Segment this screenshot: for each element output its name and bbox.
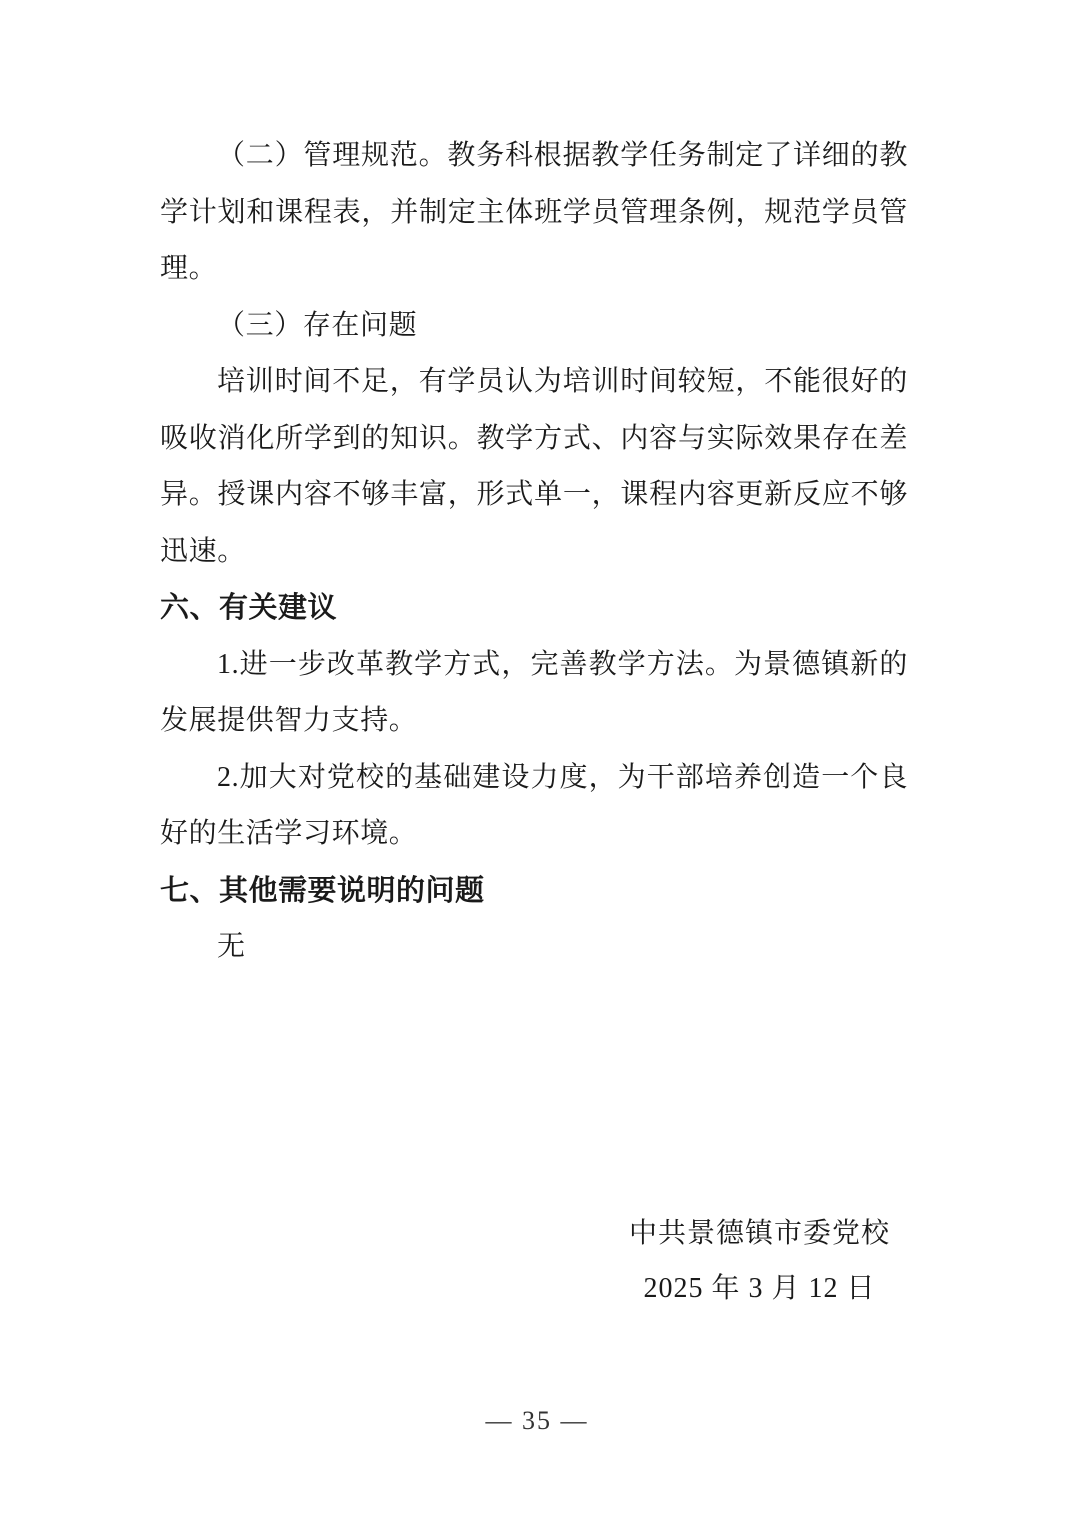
paragraph-line: 培训时间不足，有学员认为培训时间较短，不能很好的 [160,354,908,411]
paragraph-line: 无 [160,919,908,976]
document-page: （二）管理规范。教务科根据教学任务制定了详细的教学计划和课程表，并制定主体班学员… [0,0,1074,1520]
paragraph-line: 理。 [160,241,908,298]
paragraph-line: （三）存在问题 [160,298,908,355]
paragraph-line: 发展提供智力支持。 [160,693,908,750]
page-number: — 35 — [0,1406,1074,1436]
paragraph-line: 1.进一步改革教学方式，完善教学方法。为景德镇新的 [160,637,908,694]
section-heading: 七、其他需要说明的问题 [160,863,908,920]
paragraph-line: 异。授课内容不够丰富，形式单一，课程内容更新反应不够 [160,467,908,524]
signature-date: 2025 年 3 月 12 日 [552,1261,967,1316]
signature-block: 中共景德镇市委党校 2025 年 3 月 12 日 [552,1206,967,1316]
paragraph-line: 学计划和课程表，并制定主体班学员管理条例，规范学员管 [160,185,908,242]
paragraph-line: 好的生活学习环境。 [160,806,908,863]
signature-org: 中共景德镇市委党校 [552,1206,967,1261]
paragraph-line: 2.加大对党校的基础建设力度，为干部培养创造一个良 [160,750,908,807]
section-heading: 六、有关建议 [160,580,908,637]
paragraph-line: （二）管理规范。教务科根据教学任务制定了详细的教 [160,128,908,185]
paragraph-line: 吸收消化所学到的知识。教学方式、内容与实际效果存在差 [160,411,908,468]
document-body: （二）管理规范。教务科根据教学任务制定了详细的教学计划和课程表，并制定主体班学员… [160,128,908,976]
paragraph-line: 迅速。 [160,524,908,581]
